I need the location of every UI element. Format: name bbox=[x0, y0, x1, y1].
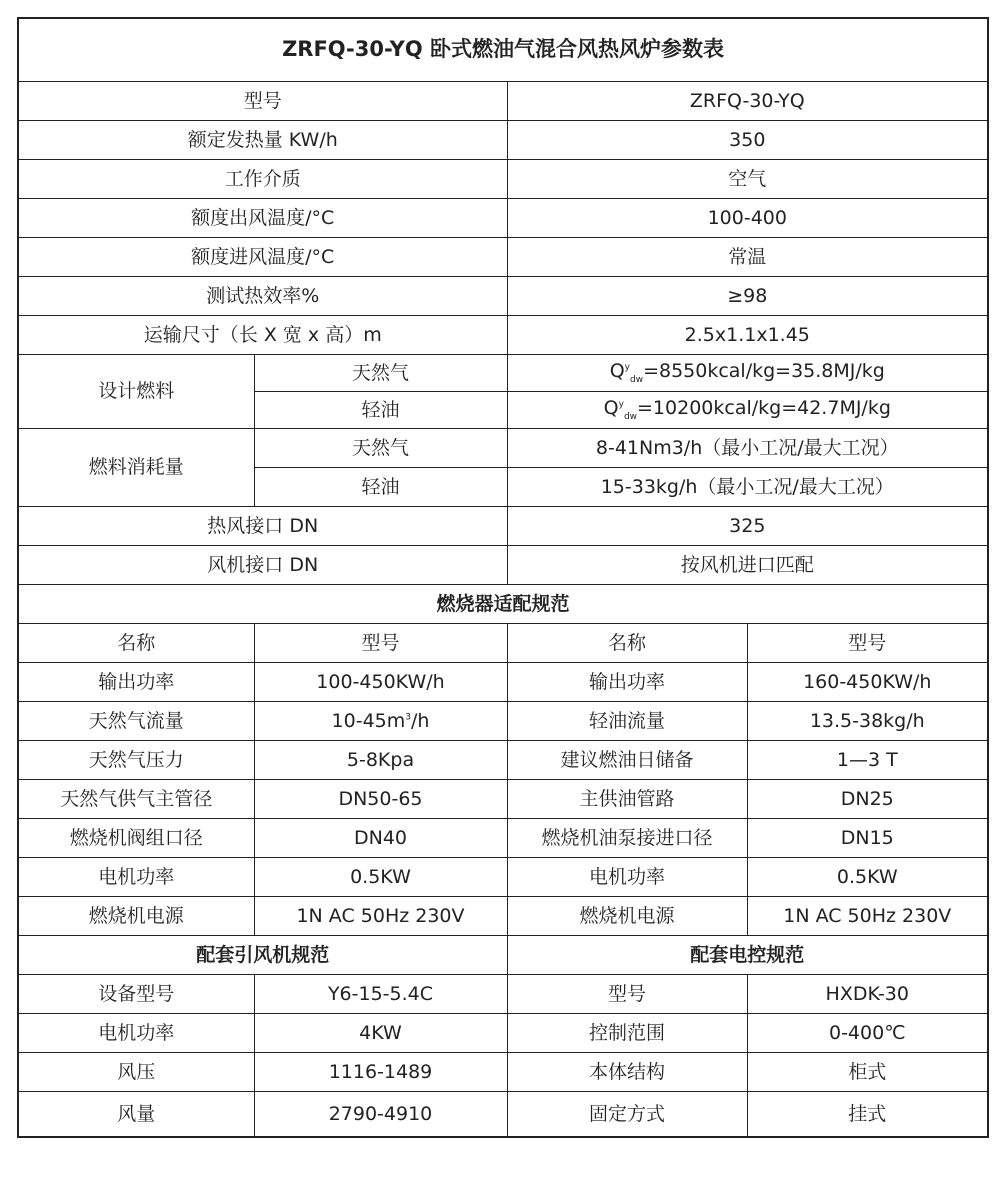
cell: 主供油管路 bbox=[507, 780, 747, 819]
cell: 固定方式 bbox=[507, 1092, 747, 1138]
cell: 0-400℃ bbox=[747, 1014, 988, 1053]
row-label: 测试热效率% bbox=[18, 277, 507, 316]
cell: 天然气压力 bbox=[18, 741, 254, 780]
fuel-name: 轻油 bbox=[254, 392, 507, 429]
flow-value: 10-45m bbox=[332, 710, 406, 732]
cell: HXDK-30 bbox=[747, 975, 988, 1014]
cell: 天然气供气主管径 bbox=[18, 780, 254, 819]
cell: 燃烧机电源 bbox=[507, 897, 747, 936]
control-section-title: 配套电控规范 bbox=[507, 936, 988, 975]
row-value: 2.5x1.1x1.45 bbox=[507, 316, 988, 355]
fuel-consumption-row: 燃料消耗量 天然气 8-41Nm3/h（最小工况/最大工况） bbox=[18, 429, 988, 468]
table-row: 风机接口 DN 按风机进口匹配 bbox=[18, 546, 988, 585]
burner-section-row: 燃烧器适配规范 bbox=[18, 585, 988, 624]
fuel-heat-value: Qydw=8550kcal/kg=35.8MJ/kg bbox=[507, 355, 988, 392]
table-row: 额度出风温度/°C 100-400 bbox=[18, 199, 988, 238]
burner-row: 电机功率 0.5KW 电机功率 0.5KW bbox=[18, 858, 988, 897]
cell: DN50-65 bbox=[254, 780, 507, 819]
column-header: 型号 bbox=[254, 624, 507, 663]
cell: DN25 bbox=[747, 780, 988, 819]
cell: 2790-4910 bbox=[254, 1092, 507, 1138]
row-value: 350 bbox=[507, 121, 988, 160]
column-header: 名称 bbox=[507, 624, 747, 663]
consumption-value: 8-41Nm3/h（最小工况/最大工况） bbox=[507, 429, 988, 468]
design-fuel-label: 设计燃料 bbox=[18, 355, 254, 429]
cell: 电机功率 bbox=[18, 858, 254, 897]
cell: 轻油流量 bbox=[507, 702, 747, 741]
q-subscript: dw bbox=[624, 411, 637, 421]
cell: 0.5KW bbox=[254, 858, 507, 897]
table-row: 型号 ZRFQ-30-YQ bbox=[18, 82, 988, 121]
cell: Y6-15-5.4C bbox=[254, 975, 507, 1014]
row-label: 型号 bbox=[18, 82, 507, 121]
burner-row: 天然气压力 5-8Kpa 建议燃油日储备 1—3 T bbox=[18, 741, 988, 780]
heat-value-text: =10200kcal/kg=42.7MJ/kg bbox=[637, 397, 891, 419]
fuel-heat-value: Qydw=10200kcal/kg=42.7MJ/kg bbox=[507, 392, 988, 429]
fan-control-section-row: 配套引风机规范 配套电控规范 bbox=[18, 936, 988, 975]
cell: 燃烧机电源 bbox=[18, 897, 254, 936]
q-superscript: y bbox=[619, 399, 624, 409]
cell: 建议燃油日储备 bbox=[507, 741, 747, 780]
row-value: ZRFQ-30-YQ bbox=[507, 82, 988, 121]
cell: 10-45m3/h bbox=[254, 702, 507, 741]
cell: 1N AC 50Hz 230V bbox=[747, 897, 988, 936]
cell: 电机功率 bbox=[18, 1014, 254, 1053]
cell: 电机功率 bbox=[507, 858, 747, 897]
table-row: 运输尺寸（长 X 宽 x 高）m 2.5x1.1x1.45 bbox=[18, 316, 988, 355]
burner-row: 燃烧机阀组口径 DN40 燃烧机油泵接进口径 DN15 bbox=[18, 819, 988, 858]
fan-control-row: 电机功率 4KW 控制范围 0-400℃ bbox=[18, 1014, 988, 1053]
cell: 4KW bbox=[254, 1014, 507, 1053]
table-row: 额度进风温度/°C 常温 bbox=[18, 238, 988, 277]
q-superscript: y bbox=[625, 362, 630, 372]
row-label: 额度进风温度/°C bbox=[18, 238, 507, 277]
cell: 100-450KW/h bbox=[254, 663, 507, 702]
row-value: ≥98 bbox=[507, 277, 988, 316]
cell: 控制范围 bbox=[507, 1014, 747, 1053]
q-symbol: Q bbox=[610, 360, 625, 382]
row-label: 额度出风温度/°C bbox=[18, 199, 507, 238]
cell: 13.5-38kg/h bbox=[747, 702, 988, 741]
table-row: 测试热效率% ≥98 bbox=[18, 277, 988, 316]
cell: 燃烧机油泵接进口径 bbox=[507, 819, 747, 858]
cell: 输出功率 bbox=[507, 663, 747, 702]
row-value: 常温 bbox=[507, 238, 988, 277]
burner-section-title: 燃烧器适配规范 bbox=[18, 585, 988, 624]
cell: 160-450KW/h bbox=[747, 663, 988, 702]
q-subscript: dw bbox=[630, 374, 643, 384]
cell: DN15 bbox=[747, 819, 988, 858]
table-row: 工作介质 空气 bbox=[18, 160, 988, 199]
consumption-value: 15-33kg/h（最小工况/最大工况） bbox=[507, 468, 988, 507]
table-title: ZRFQ-30-YQ 卧式燃油气混合风热风炉参数表 bbox=[18, 18, 988, 82]
fan-control-row: 设备型号 Y6-15-5.4C 型号 HXDK-30 bbox=[18, 975, 988, 1014]
fan-section-title: 配套引风机规范 bbox=[18, 936, 507, 975]
cell: 1116-1489 bbox=[254, 1053, 507, 1092]
burner-row: 输出功率 100-450KW/h 输出功率 160-450KW/h bbox=[18, 663, 988, 702]
fuel-name: 天然气 bbox=[254, 355, 507, 392]
column-header: 型号 bbox=[747, 624, 988, 663]
parameter-table: ZRFQ-30-YQ 卧式燃油气混合风热风炉参数表 型号 ZRFQ-30-YQ … bbox=[17, 17, 989, 1138]
table-row: 热风接口 DN 325 bbox=[18, 507, 988, 546]
burner-row: 天然气供气主管径 DN50-65 主供油管路 DN25 bbox=[18, 780, 988, 819]
cell: DN40 bbox=[254, 819, 507, 858]
cell: 设备型号 bbox=[18, 975, 254, 1014]
cell: 挂式 bbox=[747, 1092, 988, 1138]
flow-suffix: /h bbox=[411, 710, 429, 732]
row-value: 空气 bbox=[507, 160, 988, 199]
cell: 输出功率 bbox=[18, 663, 254, 702]
cell: 0.5KW bbox=[747, 858, 988, 897]
cell: 天然气流量 bbox=[18, 702, 254, 741]
row-label: 风机接口 DN bbox=[18, 546, 507, 585]
heat-value-text: =8550kcal/kg=35.8MJ/kg bbox=[643, 360, 885, 382]
cell: 风压 bbox=[18, 1053, 254, 1092]
cell: 1—3 T bbox=[747, 741, 988, 780]
title-row: ZRFQ-30-YQ 卧式燃油气混合风热风炉参数表 bbox=[18, 18, 988, 82]
burner-row: 燃烧机电源 1N AC 50Hz 230V 燃烧机电源 1N AC 50Hz 2… bbox=[18, 897, 988, 936]
fan-control-row: 风量 2790-4910 固定方式 挂式 bbox=[18, 1092, 988, 1138]
cell: 燃烧机阀组口径 bbox=[18, 819, 254, 858]
burner-header-row: 名称 型号 名称 型号 bbox=[18, 624, 988, 663]
cell: 5-8Kpa bbox=[254, 741, 507, 780]
table-row: 额定发热量 KW/h 350 bbox=[18, 121, 988, 160]
row-value: 325 bbox=[507, 507, 988, 546]
cell: 1N AC 50Hz 230V bbox=[254, 897, 507, 936]
fan-control-row: 风压 1116-1489 本体结构 柜式 bbox=[18, 1053, 988, 1092]
row-label: 运输尺寸（长 X 宽 x 高）m bbox=[18, 316, 507, 355]
burner-row: 天然气流量 10-45m3/h 轻油流量 13.5-38kg/h bbox=[18, 702, 988, 741]
design-fuel-row: 设计燃料 天然气 Qydw=8550kcal/kg=35.8MJ/kg bbox=[18, 355, 988, 392]
cell: 柜式 bbox=[747, 1053, 988, 1092]
fuel-name: 天然气 bbox=[254, 429, 507, 468]
fuel-consumption-label: 燃料消耗量 bbox=[18, 429, 254, 507]
row-label: 额定发热量 KW/h bbox=[18, 121, 507, 160]
cell: 风量 bbox=[18, 1092, 254, 1138]
cell: 型号 bbox=[507, 975, 747, 1014]
column-header: 名称 bbox=[18, 624, 254, 663]
row-label: 热风接口 DN bbox=[18, 507, 507, 546]
row-label: 工作介质 bbox=[18, 160, 507, 199]
fuel-name: 轻油 bbox=[254, 468, 507, 507]
row-value: 按风机进口匹配 bbox=[507, 546, 988, 585]
cell: 本体结构 bbox=[507, 1053, 747, 1092]
row-value: 100-400 bbox=[507, 199, 988, 238]
q-symbol: Q bbox=[604, 397, 619, 419]
